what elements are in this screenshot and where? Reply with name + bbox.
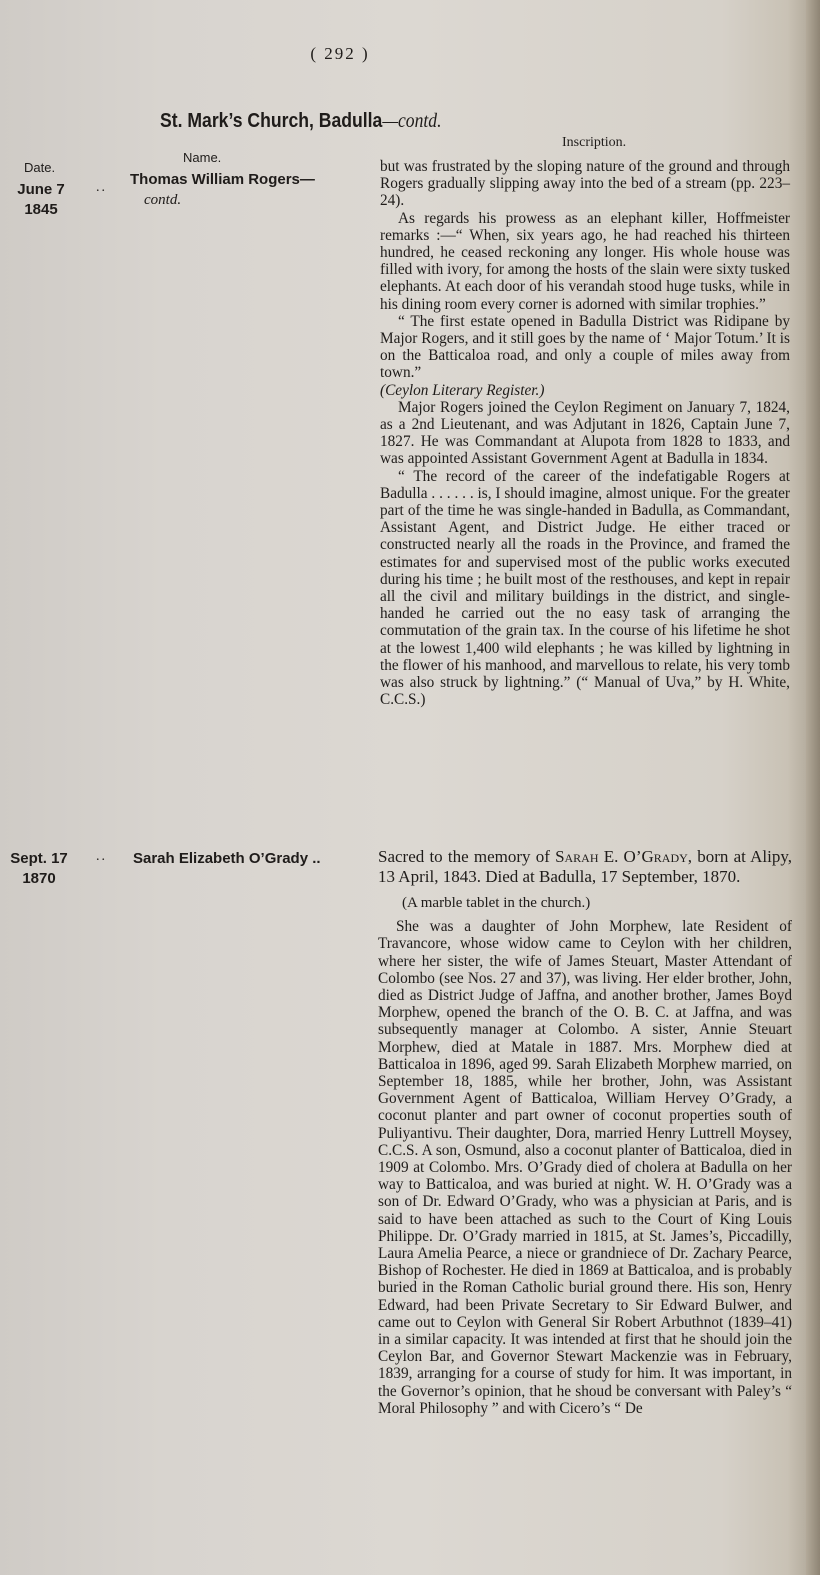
section-title: St. Mark’s Church, Badulla—contd. xyxy=(160,110,441,133)
leader-dots: .. xyxy=(96,180,107,196)
inscription-ogrady: Sacred to the memory of Sarah E. O’Grady… xyxy=(368,847,792,1417)
entry-date-day: June 7 xyxy=(6,180,76,200)
column-header-name: Name. xyxy=(183,150,221,165)
entry-date-year: 1845 xyxy=(6,200,76,220)
inscription-paragraph: She was a daughter of John Morphew, late… xyxy=(368,918,792,1417)
inscription-lead: Sacred to the memory of Sarah E. O’Grady… xyxy=(368,847,792,887)
inscription-paragraph: Major Rogers joined the Ceylon Regiment … xyxy=(380,399,790,468)
entry-name-suffix: contd. xyxy=(130,190,315,210)
lead-text: Sacred to the memory of xyxy=(378,847,555,866)
citation-text: (Ceylon Literary Register.) xyxy=(380,382,544,399)
entry-date-year: 1870 xyxy=(4,869,74,889)
inscription-paragraph: “ The record of the career of the indefa… xyxy=(380,468,790,709)
inscription-paragraph: As regards his prowess as an elephant ki… xyxy=(380,210,790,313)
entry-name-text: Thomas William Rogers— xyxy=(130,171,315,188)
inscription-citation: (Ceylon Literary Register.) xyxy=(380,382,790,399)
page-number: ( 292 ) xyxy=(0,44,680,64)
page-edge xyxy=(806,0,820,1575)
inscription-rogers: but was frustrated by the sloping nature… xyxy=(380,158,790,709)
leader-dots: .. xyxy=(96,849,107,865)
section-title-text: St. Mark’s Church, Badulla xyxy=(160,110,382,132)
entry-date: June 7 1845 xyxy=(6,180,76,220)
inscription-paragraph: but was frustrated by the sloping nature… xyxy=(380,158,790,210)
entry-date: Sept. 17 1870 xyxy=(4,849,74,889)
entry-date-day: Sept. 17 xyxy=(4,849,74,869)
inscription-paragraph: “ The first estate opened in Badulla Dis… xyxy=(380,313,790,382)
column-header-date: Date. xyxy=(24,160,55,175)
entry-name: Sarah Elizabeth O’Grady .. xyxy=(133,849,321,869)
section-title-suffix: —contd. xyxy=(382,110,441,132)
entry-name: Thomas William Rogers— contd. xyxy=(130,170,315,210)
column-header-inscription: Inscription. xyxy=(562,135,626,151)
entry-name-text: Sarah Elizabeth O’Grady .. xyxy=(133,850,321,867)
inscription-note: (A marble tablet in the church.) xyxy=(368,895,792,912)
lead-name: Sarah E. O’Grady xyxy=(555,847,688,866)
